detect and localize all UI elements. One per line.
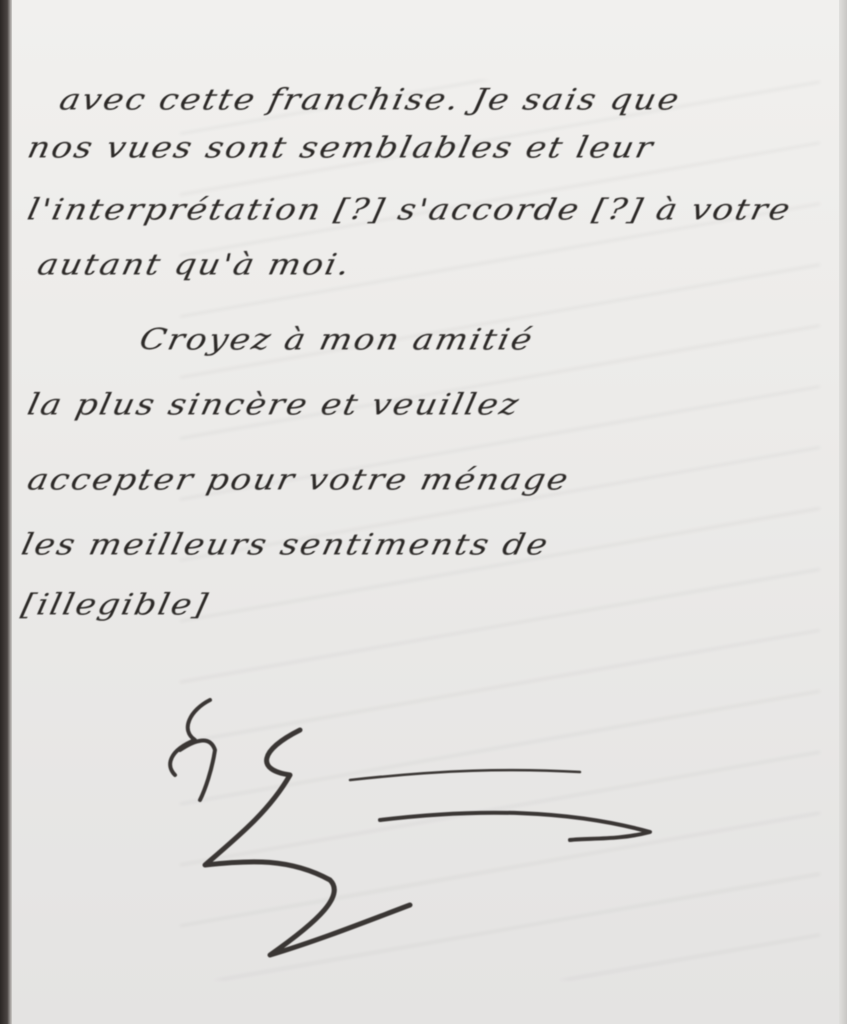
letter-line-7: accepter pour votre ménage [24, 463, 572, 497]
table-edge-left [0, 0, 12, 1024]
letter-line-4: autant qu'à moi. [34, 248, 354, 282]
letter-line-9: [illegible] [18, 588, 212, 622]
letter-line-2: nos vues sont semblables et leur [24, 131, 657, 165]
letter-line-8: les meilleurs sentiments de [18, 528, 552, 562]
letter-line-6: la plus sincère et veuillez [24, 388, 523, 422]
letter-line-3: l'interprétation [?] s'accorde [?] à vot… [24, 193, 795, 227]
letter-line-5: Croyez à mon amitié [136, 323, 537, 357]
signature: [stylized signature, illegible] [150, 680, 710, 970]
letter-photo: avec cette franchise. Je sais que nos vu… [0, 0, 847, 1024]
page-edge-right [839, 0, 847, 1024]
letter-line-1: avec cette franchise. Je sais que [56, 83, 683, 117]
